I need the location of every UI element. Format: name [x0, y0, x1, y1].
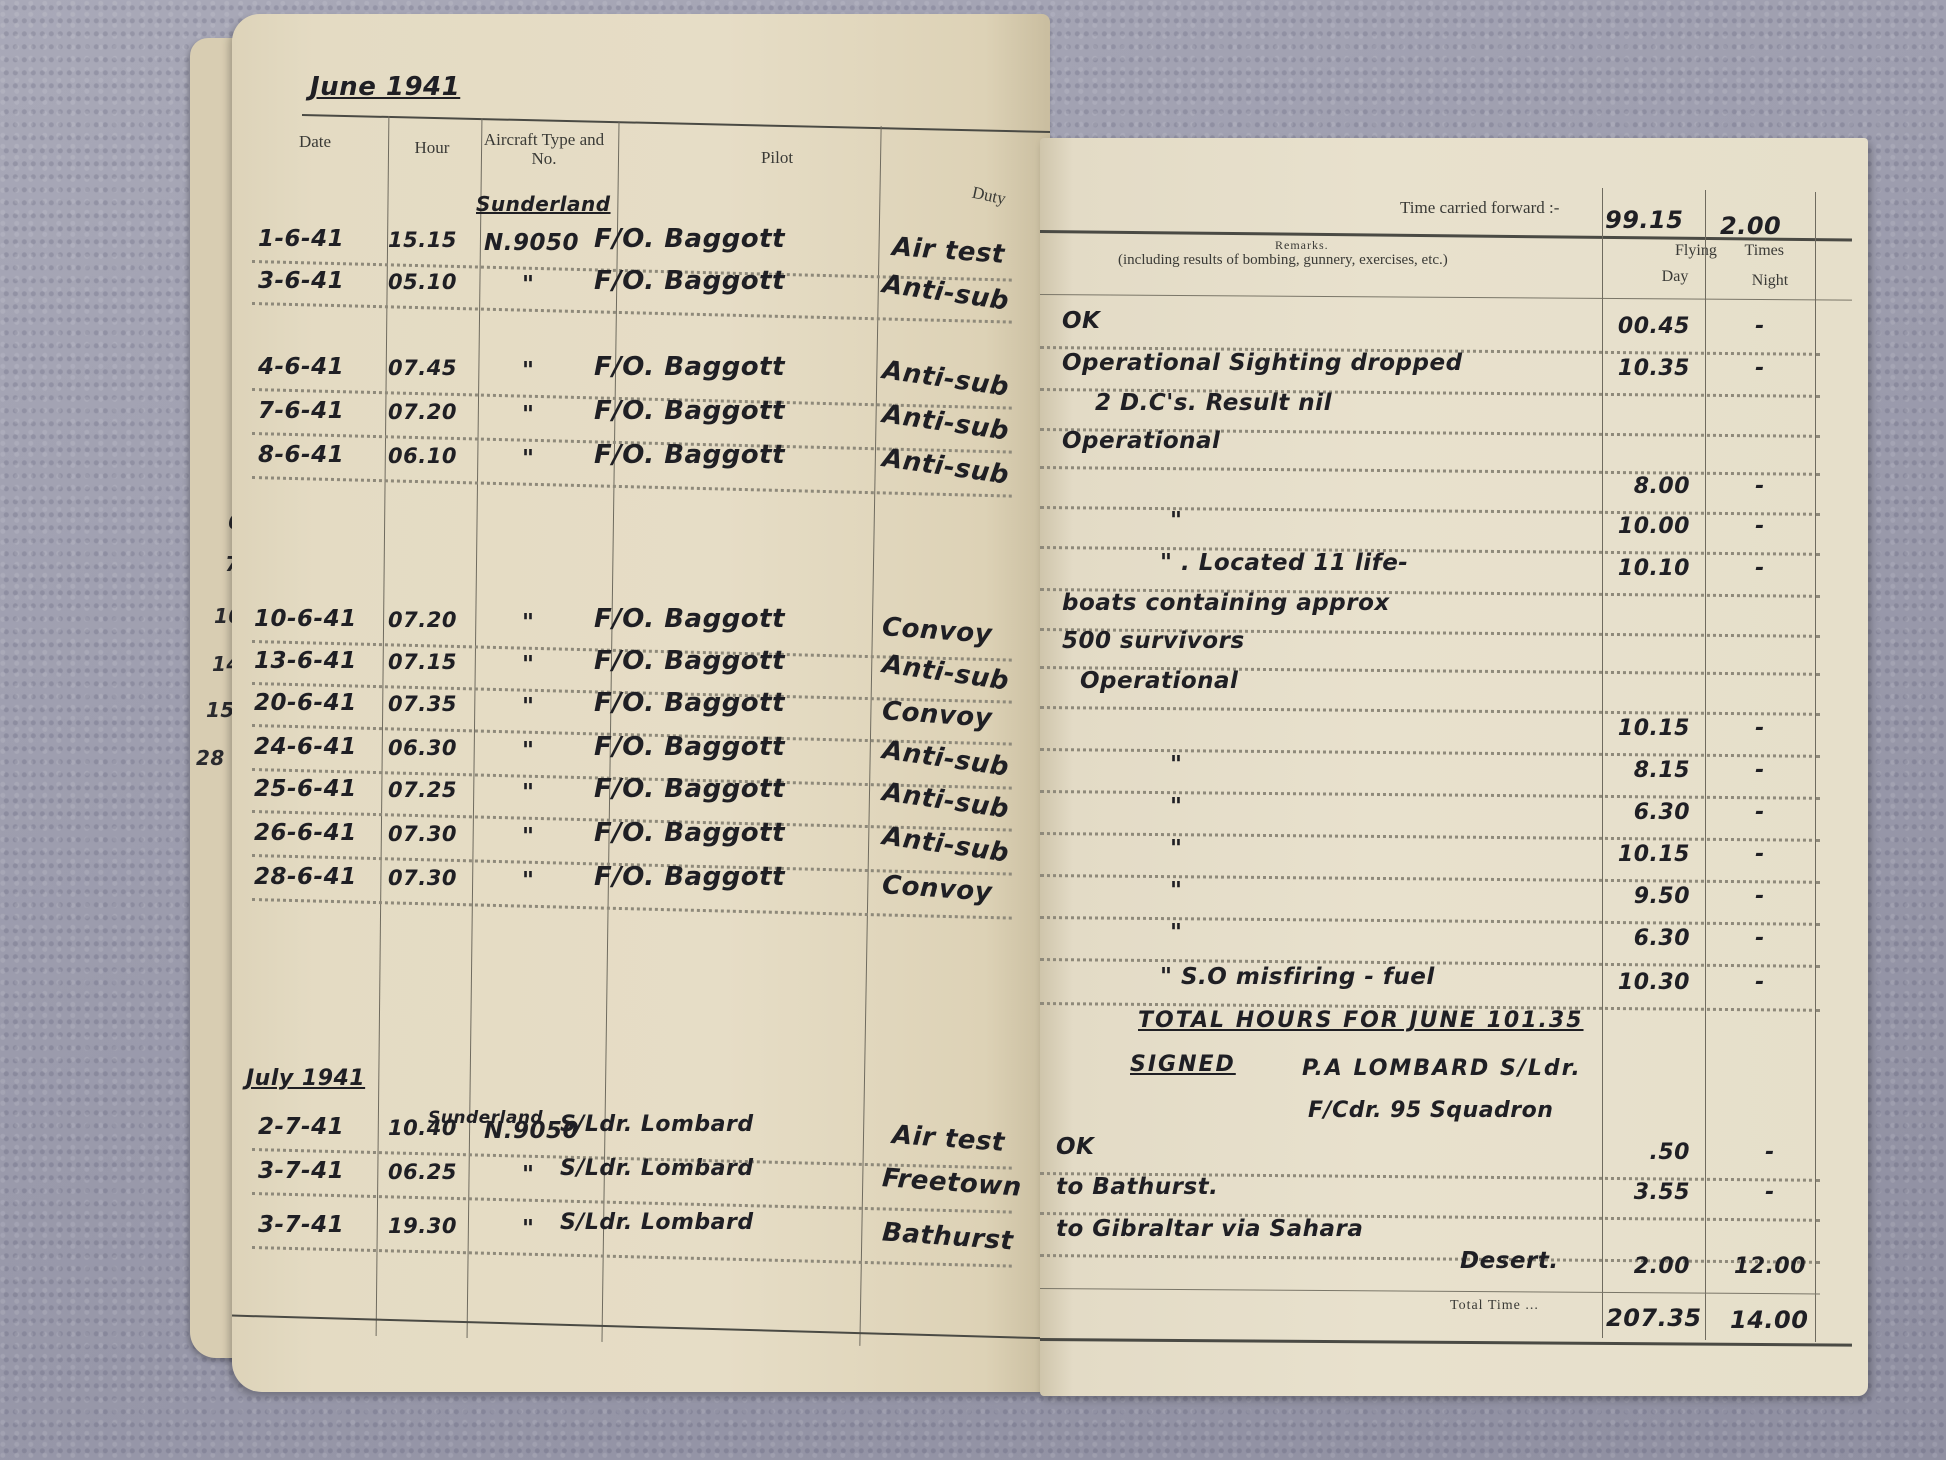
total-time-day: 207.35 [1606, 1304, 1702, 1332]
row-dotted-rule [1040, 790, 1820, 800]
day-hours: 2.00 [1600, 1254, 1690, 1279]
carried-forward-night: 2.00 [1720, 212, 1781, 240]
day-hours: 10.15 [1600, 716, 1690, 741]
entry-date: 28-6-41 [254, 864, 357, 890]
row-dotted-rule [1040, 466, 1820, 476]
remark-text: " S.O misfiring - fuel [1160, 964, 1435, 990]
night-hours: - [1730, 1140, 1810, 1165]
entry-duty: Convoy [881, 870, 993, 908]
entry-date: 7-6-41 [258, 398, 344, 424]
remark-text: " . Located 11 life- [1160, 550, 1408, 576]
entry-hour: 07.30 [388, 866, 457, 890]
entry-aircraft: " [522, 738, 534, 764]
bottom-rule [232, 1314, 1050, 1340]
row-dotted-rule [1040, 1254, 1820, 1264]
entry-aircraft: " [522, 868, 534, 894]
entry-aircraft: " [522, 610, 534, 636]
day-hours: 3.55 [1600, 1180, 1690, 1205]
remark-text: OK [1056, 1134, 1094, 1160]
entry-pilot: F/O. Baggott [594, 604, 785, 634]
day-hours: .50 [1600, 1140, 1690, 1165]
column-header-hour: Hour [392, 138, 472, 157]
entry-date: 3-7-41 [258, 1158, 344, 1184]
signed-label: SIGNED [1130, 1052, 1236, 1077]
entry-hour: 15.15 [388, 228, 457, 252]
entry-duty: Convoy [881, 696, 993, 734]
entry-hour: 06.10 [388, 444, 457, 468]
entry-pilot: F/O. Baggott [594, 440, 785, 470]
row-dotted-rule [1040, 832, 1820, 842]
entry-pilot: S/Ldr. Lombard [560, 1210, 754, 1235]
remark-text: " [1170, 836, 1182, 862]
entry-pilot: F/O. Baggott [594, 818, 785, 848]
entry-duty: Convoy [881, 612, 993, 650]
night-hours: - [1730, 474, 1790, 499]
underlying-margin-mark: 15 [206, 698, 235, 722]
day-column-header: Day [1640, 268, 1710, 286]
right-edge-rule [1815, 192, 1816, 1342]
row-dotted-rule [1040, 506, 1820, 516]
entry-date: 13-6-41 [254, 648, 357, 674]
day-hours: 8.15 [1600, 758, 1690, 783]
night-column-header: Night [1730, 272, 1810, 290]
entry-date: 20-6-41 [254, 690, 357, 716]
page-bottom-rule [1040, 1338, 1852, 1347]
entry-date: 2-7-41 [258, 1114, 344, 1140]
left-page: June 1941 Date Hour Aircraft Type and No… [232, 14, 1050, 1392]
entry-aircraft: " [522, 824, 534, 850]
entry-duty: Bathurst [881, 1217, 1014, 1256]
time-carried-forward-label: Time carried forward :- [1400, 198, 1559, 218]
header-bottom-rule [1040, 294, 1852, 301]
entry-pilot: F/O. Baggott [594, 732, 785, 762]
entry-aircraft: " [522, 358, 534, 384]
entry-aircraft: " [522, 1162, 534, 1188]
entry-hour: 06.30 [388, 736, 457, 760]
flying-times-heading: Flying Times [1642, 242, 1817, 260]
day-hours: 00.45 [1600, 314, 1690, 339]
underlying-margin-mark: 28 [196, 746, 225, 770]
night-hours: - [1730, 716, 1790, 741]
entry-hour: 07.35 [388, 692, 457, 716]
entry-hour: 07.15 [388, 650, 457, 674]
entry-aircraft: N.9050 [484, 230, 579, 256]
entry-pilot: F/O. Baggott [594, 224, 785, 254]
entry-duty: Air test [891, 1120, 1006, 1158]
night-hours: 12.00 [1730, 1254, 1810, 1279]
entry-date: 25-6-41 [254, 776, 357, 802]
row-dotted-rule [1040, 706, 1820, 716]
entry-hour: 07.20 [388, 400, 457, 424]
entry-aircraft: " [522, 1216, 534, 1242]
signature-title: F/Cdr. 95 Squadron [1308, 1098, 1553, 1123]
total-time-label: Total Time ... [1450, 1298, 1539, 1314]
entry-pilot: F/O. Baggott [594, 688, 785, 718]
remark-text: Operational Sighting dropped [1062, 350, 1463, 376]
day-hours: 10.30 [1600, 970, 1690, 995]
entry-aircraft: " [522, 402, 534, 428]
month-heading-july: July 1941 [246, 1066, 365, 1091]
entry-hour: 06.25 [388, 1160, 457, 1184]
remark-text: 2 D.C's. Result nil [1095, 390, 1332, 416]
day-hours: 10.15 [1600, 842, 1690, 867]
row-dotted-rule [1040, 546, 1820, 556]
remark-text: " [1170, 878, 1182, 904]
entry-pilot: F/O. Baggott [594, 352, 785, 382]
row-dotted-rule [252, 476, 1012, 498]
day-hours: 9.50 [1600, 884, 1690, 909]
column-header-pilot: Pilot [702, 148, 852, 167]
column-header-duty: Duty [943, 177, 1035, 214]
night-hours: - [1730, 356, 1790, 381]
row-dotted-rule [1040, 874, 1820, 884]
right-page: Time carried forward :- 99.15 2.00 Remar… [1040, 138, 1868, 1396]
entry-aircraft: " [522, 694, 534, 720]
row-dotted-rule [1040, 916, 1820, 926]
remark-text: 500 survivors [1062, 628, 1245, 654]
entry-pilot: F/O. Baggott [594, 266, 785, 296]
remark-text: OK [1062, 308, 1100, 334]
remark-text: to Gibraltar via Sahara [1056, 1216, 1363, 1242]
entry-pilot: S/Ldr. Lombard [560, 1156, 754, 1181]
day-hours: 6.30 [1600, 926, 1690, 951]
entry-hour: 05.10 [388, 270, 457, 294]
day-hours: 10.35 [1600, 356, 1690, 381]
row-dotted-rule [252, 1246, 1012, 1268]
entry-aircraft: " [522, 272, 534, 298]
entry-pilot: F/O. Baggott [594, 396, 785, 426]
entry-hour: 07.20 [388, 608, 457, 632]
entry-aircraft: " [522, 780, 534, 806]
night-hours: - [1730, 926, 1790, 951]
day-hours: 6.30 [1600, 800, 1690, 825]
remark-text: boats containing approx [1062, 590, 1390, 616]
entry-duty: Anti-sub [881, 355, 1011, 402]
month-heading-june: June 1941 [310, 72, 460, 102]
entry-hour: 07.25 [388, 778, 457, 802]
carried-forward-day: 99.15 [1605, 206, 1683, 234]
signature: P.A LOMBARD S/Ldr. [1302, 1056, 1582, 1081]
day-hours: 8.00 [1600, 474, 1690, 499]
entry-date: 1-6-41 [258, 226, 344, 252]
night-hours: - [1730, 1180, 1810, 1205]
remark-text: Desert. [1460, 1248, 1559, 1274]
entry-date: 24-6-41 [254, 734, 357, 760]
entry-date: 3-6-41 [258, 268, 344, 294]
night-hours: - [1730, 314, 1790, 339]
entry-hour: 07.30 [388, 822, 457, 846]
entry-date: 3-7-41 [258, 1212, 344, 1238]
entry-aircraft: " [522, 652, 534, 678]
remark-text: Operational [1080, 668, 1238, 694]
entry-date: 4-6-41 [258, 354, 344, 380]
day-hours: 10.00 [1600, 514, 1690, 539]
night-hours: - [1730, 884, 1790, 909]
row-dotted-rule [1040, 748, 1820, 758]
remark-text: " [1170, 920, 1182, 946]
entry-hour: 19.30 [388, 1214, 457, 1238]
night-hours: - [1730, 970, 1790, 995]
entry-date: 26-6-41 [254, 820, 357, 846]
remark-text: " [1170, 794, 1182, 820]
entry-date: 8-6-41 [258, 442, 344, 468]
remarks-heading: Remarks. [1275, 238, 1329, 253]
entry-aircraft: " [522, 446, 534, 472]
remark-text: " [1170, 508, 1182, 534]
night-hours: - [1730, 514, 1790, 539]
header-rule [302, 114, 1050, 133]
total-time-night: 14.00 [1730, 1306, 1808, 1334]
column-header-aircraft: Aircraft Type and No. [480, 130, 608, 168]
night-hours: - [1730, 842, 1790, 867]
entry-pilot: F/O. Baggott [594, 862, 785, 892]
entry-hour: 10.40 [388, 1116, 457, 1140]
row-dotted-rule [252, 302, 1012, 324]
entry-hour: 07.45 [388, 356, 457, 380]
total-rule [1040, 1288, 1820, 1294]
entry-pilot: F/O. Baggott [594, 774, 785, 804]
total-hours-june: TOTAL HOURS FOR JUNE 101.35 [1138, 1008, 1584, 1033]
remark-text: Operational [1062, 428, 1220, 454]
day-hours: 10.10 [1600, 556, 1690, 581]
column-header-date: Date [270, 132, 360, 151]
entry-date: 10-6-41 [254, 606, 357, 632]
remark-text: to Bathurst. [1056, 1174, 1218, 1200]
night-column-rule [1705, 190, 1706, 1340]
aircraft-type-note: Sunderland [476, 192, 611, 216]
night-hours: - [1730, 800, 1790, 825]
remarks-subheading: (including results of bombing, gunnery, … [1118, 252, 1448, 269]
remark-text: " [1170, 752, 1182, 778]
entry-duty: Air test [891, 232, 1006, 270]
entry-pilot: F/O. Baggott [594, 646, 785, 676]
entry-pilot: S/Ldr. Lombard [560, 1112, 754, 1137]
night-hours: - [1730, 758, 1790, 783]
night-hours: - [1730, 556, 1790, 581]
